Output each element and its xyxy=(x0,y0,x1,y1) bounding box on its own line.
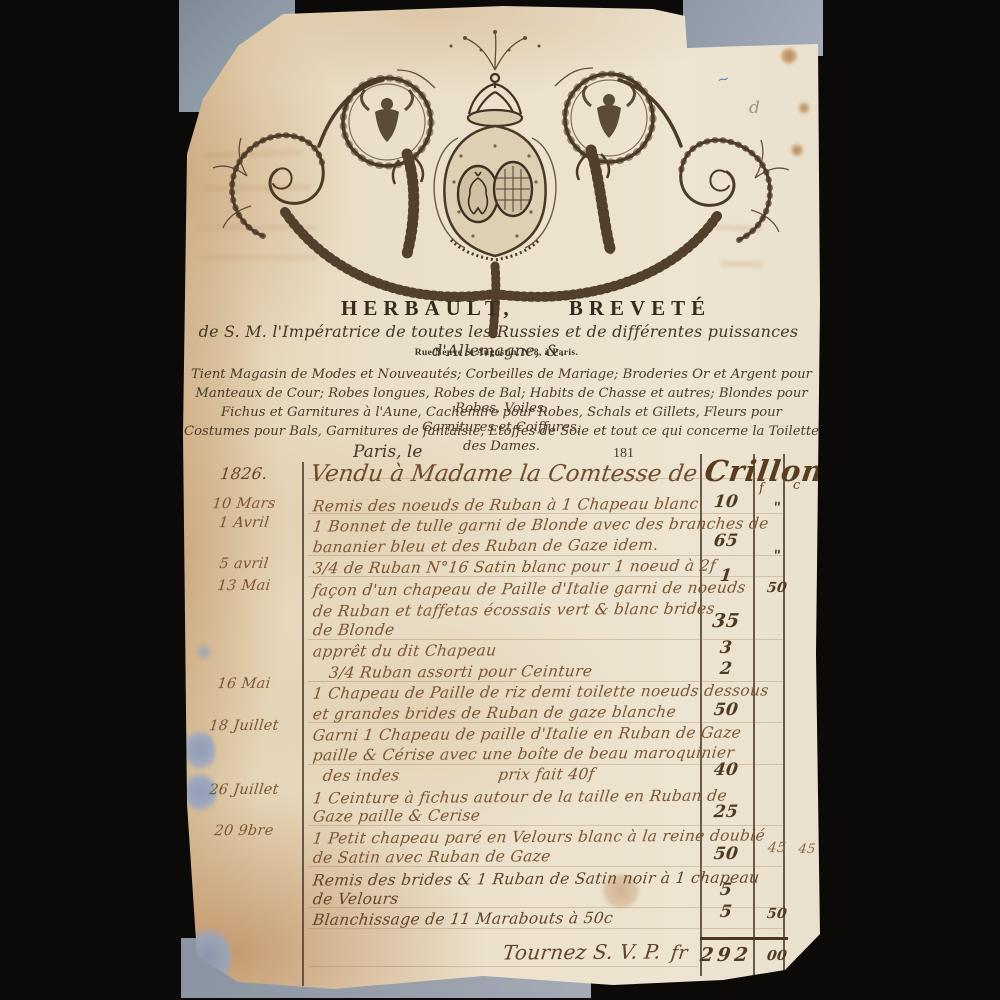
cherub-left xyxy=(362,90,413,142)
entry-text: de Velours xyxy=(312,890,400,909)
entry-centimes: 50 xyxy=(750,580,804,596)
sold-to-text: Vendu à Madame la Comtesse de xyxy=(309,461,699,487)
entry-text: 1 Petit chapeau paré en Velours blanc à … xyxy=(312,826,766,847)
entry-text: Garni 1 Chapeau de paille d'Italie en Ru… xyxy=(312,724,743,745)
photograph-of-invoice: d ~ HERBAULT, BREVETÉ de S. M. l'Impérat… xyxy=(0,0,1000,1000)
currency-symbol: fr xyxy=(670,942,689,964)
entry-text: de Ruban et taffetas écossais vert & bla… xyxy=(312,600,716,621)
turn-over-note: Tournez S. V. P. xyxy=(502,939,663,964)
entry-text: de Satin avec Ruban de Gaze xyxy=(312,847,552,867)
brand-title: BREVETÉ xyxy=(565,296,715,321)
blue-stain xyxy=(197,644,211,660)
entry-text: 3/4 de Ruban N°16 Satin blanc pour 1 noe… xyxy=(312,557,717,578)
pencil-note: d xyxy=(749,98,760,118)
address-line: Rue Neuve St Augustin, N°8, à Paris. xyxy=(183,348,810,358)
entry-date: 1 Avril xyxy=(188,515,300,532)
entry-extra: 45 xyxy=(780,842,834,857)
ledger-year: 1826. xyxy=(188,464,300,484)
entry-text: Blanchissage de 11 Marabouts à 50c xyxy=(312,909,614,929)
entry-date: 5 avril xyxy=(188,556,300,573)
entry-date: 26 Juillet xyxy=(188,782,300,799)
total-rule xyxy=(700,937,788,940)
entry-text: Remis des brides & 1 Ruban de Satin noir… xyxy=(312,868,761,889)
cherub-right xyxy=(584,86,635,138)
blue-stain xyxy=(185,728,215,772)
entry-francs: 40 xyxy=(699,760,753,780)
total-centimes: 00 xyxy=(750,948,804,964)
entry-francs: 65 xyxy=(699,531,753,551)
entry-text: façon d'un chapeau de Paille d'Italie ga… xyxy=(312,578,747,599)
entry-francs: 35 xyxy=(699,610,754,632)
entry-date: 18 Juillet xyxy=(188,718,300,735)
client-name: Crillon xyxy=(703,454,827,488)
services-line-4: Costumes pour Bals, Garnitures de fantai… xyxy=(183,424,820,454)
foxing-spot xyxy=(799,102,809,114)
outer-column-rule xyxy=(783,454,785,976)
entry-text: Remis des noeuds de Ruban à 1 Chapeau bl… xyxy=(312,495,700,516)
entry-text: 1 Ceinture à fichus autour de la taille … xyxy=(312,787,728,808)
francs-column-header: f xyxy=(759,481,764,496)
ruled-line xyxy=(308,966,698,967)
entry-centimes: 50 xyxy=(750,906,804,922)
entry-text: et grandes brides de Ruban de gaze blanc… xyxy=(312,703,677,724)
brand-name: HERBAULT, xyxy=(341,296,491,321)
entry-francs: 2 xyxy=(699,659,753,679)
entry-francs: 50 xyxy=(699,844,753,864)
invoice-sheet: d ~ HERBAULT, BREVETÉ de S. M. l'Impérat… xyxy=(183,4,820,992)
centimes-column-header: c xyxy=(793,478,800,493)
entry-text: 3/4 Ruban assorti pour Ceinture xyxy=(312,662,594,682)
entry-francs: 25 xyxy=(699,802,753,822)
entry-date: 10 Mars xyxy=(188,496,300,513)
entry-text: de Blonde xyxy=(312,621,396,640)
entry-centimes: " xyxy=(750,548,804,564)
entry-francs: 10 xyxy=(699,492,753,512)
entry-text: apprêt du dit Chapeau xyxy=(312,641,498,660)
entry-date: 13 Mai xyxy=(188,578,300,595)
entry-francs: 5 xyxy=(699,902,753,922)
entry-francs: 50 xyxy=(699,700,753,720)
entry-text: paille & Cérise avec une boîte de beau m… xyxy=(312,744,735,765)
sold-to-line: Vendu à Madame la Comtesse de Crillon xyxy=(309,454,827,488)
entry-francs: 5 xyxy=(699,880,753,900)
entry-date: 16 Mai xyxy=(188,676,300,693)
total-francs: 292 xyxy=(699,944,754,966)
entry-text-part: des indes xyxy=(322,766,401,785)
entry-text: des indes prix fait 40f xyxy=(312,765,596,785)
entry-francs: 3 xyxy=(699,638,753,658)
services-line-1: Tient Magasin de Modes et Nouveautés; Co… xyxy=(183,367,820,382)
entry-date: 20 9bre xyxy=(188,823,300,840)
foxing-spot xyxy=(791,144,803,156)
date-column-rule xyxy=(302,462,304,986)
crown xyxy=(468,74,522,126)
entry-text: Gaze paille & Cerise xyxy=(312,806,482,825)
entry-text-part: prix fait 40f xyxy=(497,765,596,784)
entry-text: bananier bleu et des Ruban de Gaze idem. xyxy=(312,536,660,556)
